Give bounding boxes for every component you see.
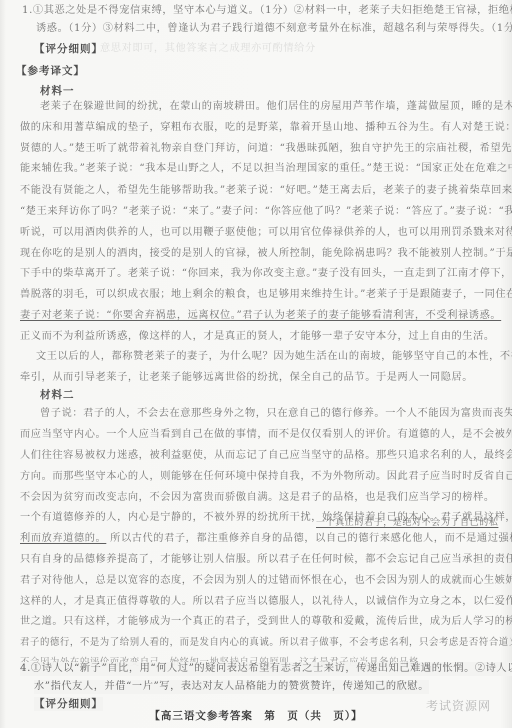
page-footer: 【高三语文参考答案 第 页（共 页）】 [0,708,512,723]
material-one-line: 不能没有贤能之人，希望先生能够帮助我。”老莱子说：“好吧。”楚王离去后，老莱子的… [20,184,512,198]
document-page: 1.①其恶之处是不得宠信束缚，坚守本心与道义。（1分）②材料一中，老莱子夫妇拒绝… [0,0,512,728]
material-two-line: 利而放弃道德的。 所以古代的君子，都注重修养自身的品德，以自己的德行来感化他人，… [20,532,512,546]
material-two-line: 不会因为贫穷而改变志向，不会因为富贵而骄傲自满。这是君子的品格，也是我们应当学习… [20,491,495,505]
material-two-line: 曾子说：君子的人，不会去在意那些身外之物，只在意自己的德行修养。一个人不能因为富… [40,407,512,421]
answer-line-1: 1.①其恶之处是不得宠信束缚，坚守本心与道义。（1分）②材料一中，老莱子夫妇拒绝… [22,4,512,18]
scoring-rules-note: 意思对即可，其他答案言之成理亦可酌情给分 [100,42,316,56]
material-two-text: 所以古代的君子，都注重修养自身的品德，以自己的德行来感化他人，而不是通过强权来压… [110,533,512,544]
material-one-line: 下手中的柴草离开了。老莱子说：“你回来，我为你改变主意。”妻子没有回头，一直走到… [20,267,512,281]
material-two-underlined-start: 利而放弃道德的。 [20,533,106,544]
material-one-tail: 牵引，从而引导老莱子，让老莱子能够远离世俗的纷扰，保全自己的品节。于是两人一同隐… [20,371,473,385]
material-two-line: 这样的人，才是真正值得尊敬的人。所以君子应当以德服人，以礼待人，以诚信作为立身之… [20,595,512,609]
material-two-line: 君子的德行，不是为了给别人看的，而是发自内心的真诚。所以君子做事，不会考虑名利，… [20,636,512,650]
material-one-tail: 正义而不为利益所诱惑，像这样的人，才是真正的贤人，才能够一辈子安守本分，过上自由… [20,330,495,344]
material-one-line: 能来辅佐我。”老莱子说：“我本是山野之人，不足以担当治理国家的重任。”楚王说：“… [20,162,512,176]
reference-translation-heading: 【参考译文】 [16,64,85,78]
section-two-line: 水”指代友人，并借“一片”写，表达对友人品格能力的赞赏赞许，传递知己的欣慰。 [34,680,429,694]
material-two-heading: 材料二 [40,388,75,402]
material-one-line: 贤德的人。”楚王听了就带着礼物亲自登门拜访，问道：“我愚昧孤陋，独自守护先王的宗… [20,142,512,156]
material-one-line: 做的床和用蓍草编成的垫子，穿粗布衣服，吃的是野菜，靠着开垦山地、播种五谷为生。有… [20,121,512,135]
material-one-line: 老莱子在躲避世间的纷扰，在蒙山的南坡耕田。他们居住的房屋用芦苇作墙，蓬蒿做屋顶，… [40,100,512,114]
material-two-underlined-end: 一个真正的君子，是绝对不会为了自己的私 [316,516,498,530]
material-one-line: 现在你吃的是别人的酒肉，接受的是别人的官禄，被人所控制，能免除祸患吗？我不能被别… [20,247,512,261]
scoring-rules-heading: 【评分细则】 [34,42,103,56]
material-one-line: 兽脱落的羽毛，可以织成衣服；地上剩余的粮食，也足够用来维持生计。”老莱子于是跟随… [20,288,512,302]
material-two-line: 方向。而那些坚守本心的人，则能够在任何环境中保持自我，不为外物所动。因此君子应当… [20,470,512,484]
material-one-tail: 文王以后的人，都称赞老莱子的妻子，为什么呢？因为她生活在山的南坡，能够坚守自己的… [36,350,512,364]
material-two-line: 世之道。只有这样，才能够成为一个真正的君子，受到世人的尊敬和爱戴，流传后世，成为… [20,615,512,629]
answer-line-2: 诱惑。（1分）③材料二中，曾逢认为君子践行道德不刻意考量外在标准，超越名利与荣辱… [36,22,512,36]
material-one-line: “楚王来拜访你了吗？”老莱子说：“来了。”妻子问：“你答应他了吗？”老莱子说：“… [20,205,512,219]
material-two-line: 只有自身的品德修养提高了，才能够让别人信服。所以君子在任何时候，都不会忘记自己应… [20,553,512,567]
material-one-heading: 材料一 [40,84,75,98]
material-one-underlined: 妻子对老莱子说：“你要舍弃祸患，远离权位。”君子认为老莱子的妻子能够看清利害，不… [20,309,501,323]
material-two-line: 君子对待他人，总是以宽容的态度，不会因为别人的过错而怀恨在心，也不会因为别人的成… [20,574,512,588]
material-one-line: 听说，可以用酒肉供养的人，也可以用鞭子驱使他；可以用官位俸禄供养的人，也可以用刑… [20,226,512,240]
section-two-line: 4.①诗人以“新子”自比，用“何人过”的疑问表达希望有志者之士来访，传递出知己难… [20,662,512,676]
material-two-line: 而应当坚守内心。一个人应当看到自己在做的事情，而不是仅仅看别人的评价。有道德的人… [20,428,512,442]
material-two-line: 人们往往容易被权力迷惑，被利益驱使，从而忘记了自己应当坚守的品格。那些只追求名利… [20,449,512,463]
